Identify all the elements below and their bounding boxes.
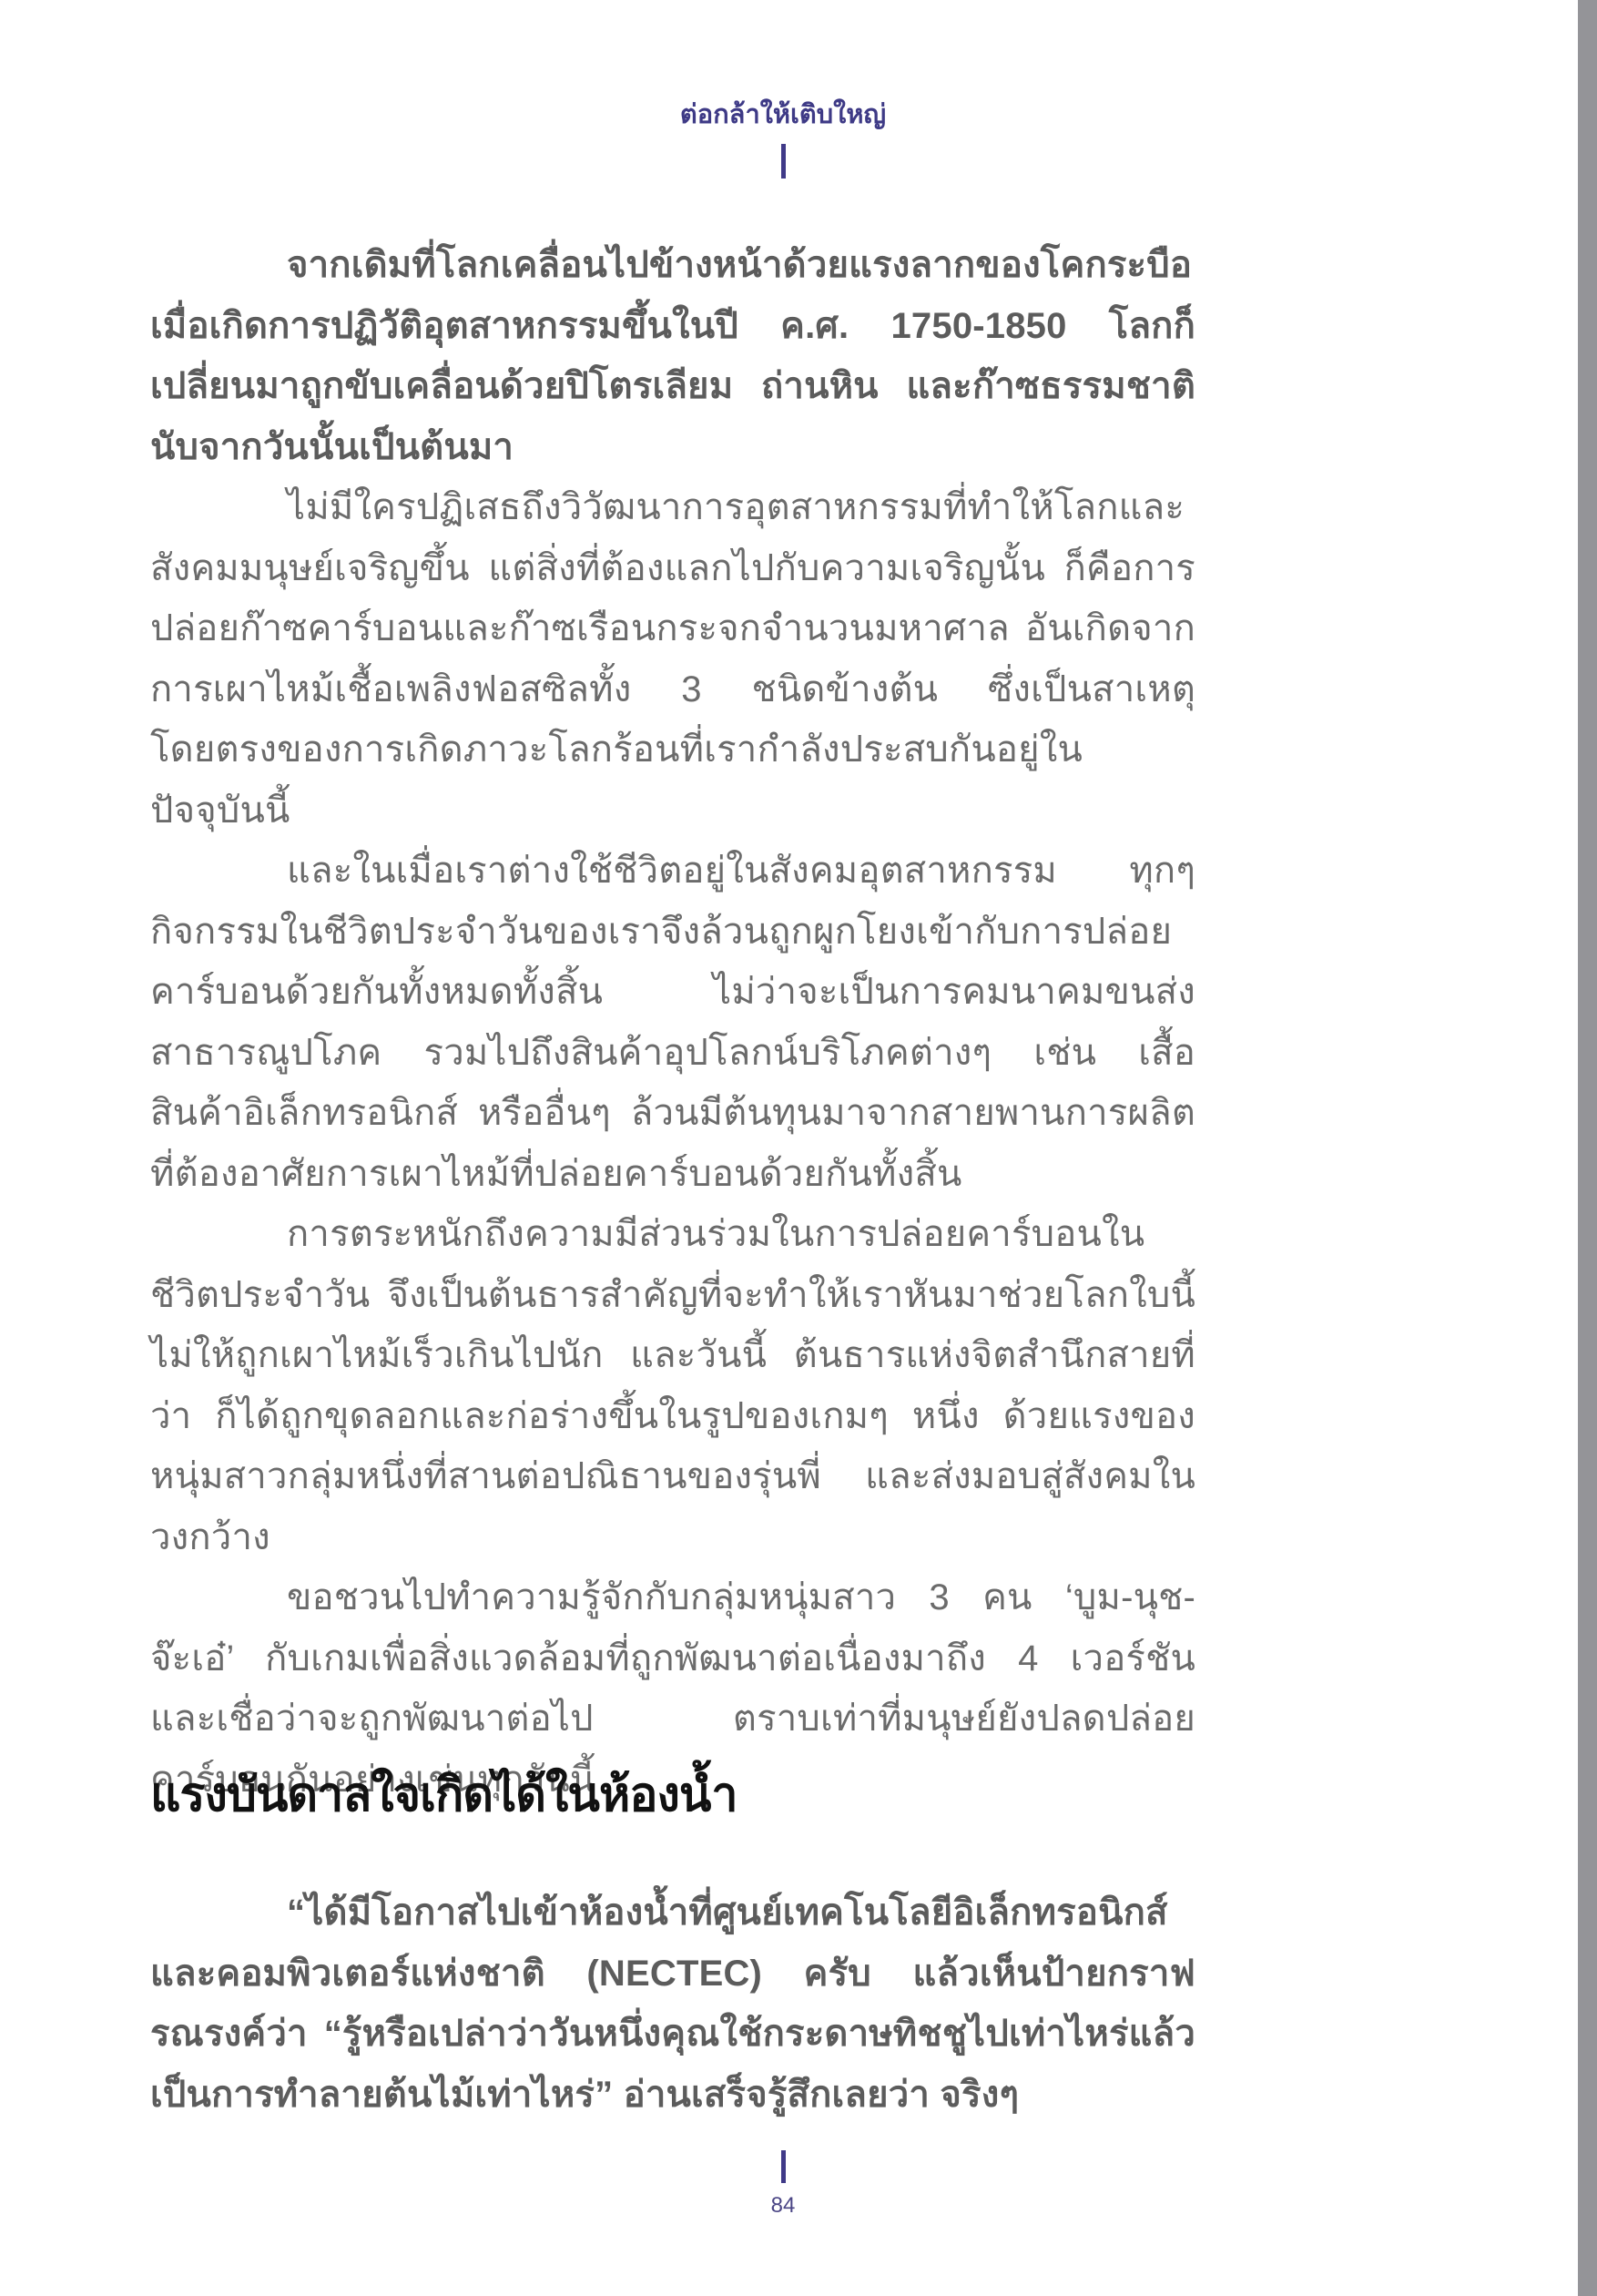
running-header-title: ต่อกล้าให้เติบใหญ่	[0, 93, 1566, 135]
section-text-block: “ได้มีโอกาสไปเข้าห้องน้ำที่ศูนย์เทคโนโลย…	[150, 1883, 1195, 2125]
quote-paragraph: “ได้มีโอกาสไปเข้าห้องน้ำที่ศูนย์เทคโนโลย…	[150, 1883, 1195, 2125]
header-divider	[781, 144, 786, 179]
body-text-block: จากเดิมที่โลกเคลื่อนไปข้างหน้าด้วยแรงลาก…	[150, 235, 1195, 1810]
body-paragraph: และในเมื่อเราต่างใช้ชีวิตอยู่ในสังคมอุตส…	[150, 841, 1195, 1204]
body-paragraph: การตระหนักถึงความมีส่วนร่วมในการปล่อยคาร…	[150, 1204, 1195, 1567]
intro-paragraph: จากเดิมที่โลกเคลื่อนไปข้างหน้าด้วยแรงลาก…	[150, 235, 1195, 477]
body-paragraph: ไม่มีใครปฏิเสธถึงวิวัฒนาการอุตสาหกรรมที่…	[150, 477, 1195, 841]
page-edge-bar	[1578, 0, 1597, 2296]
page-number: 84	[0, 2193, 1566, 2219]
section-heading: แรงบันดาลใจเกิดได้ในห้องน้ำ	[150, 1756, 737, 1832]
footer-divider	[781, 2150, 786, 2183]
